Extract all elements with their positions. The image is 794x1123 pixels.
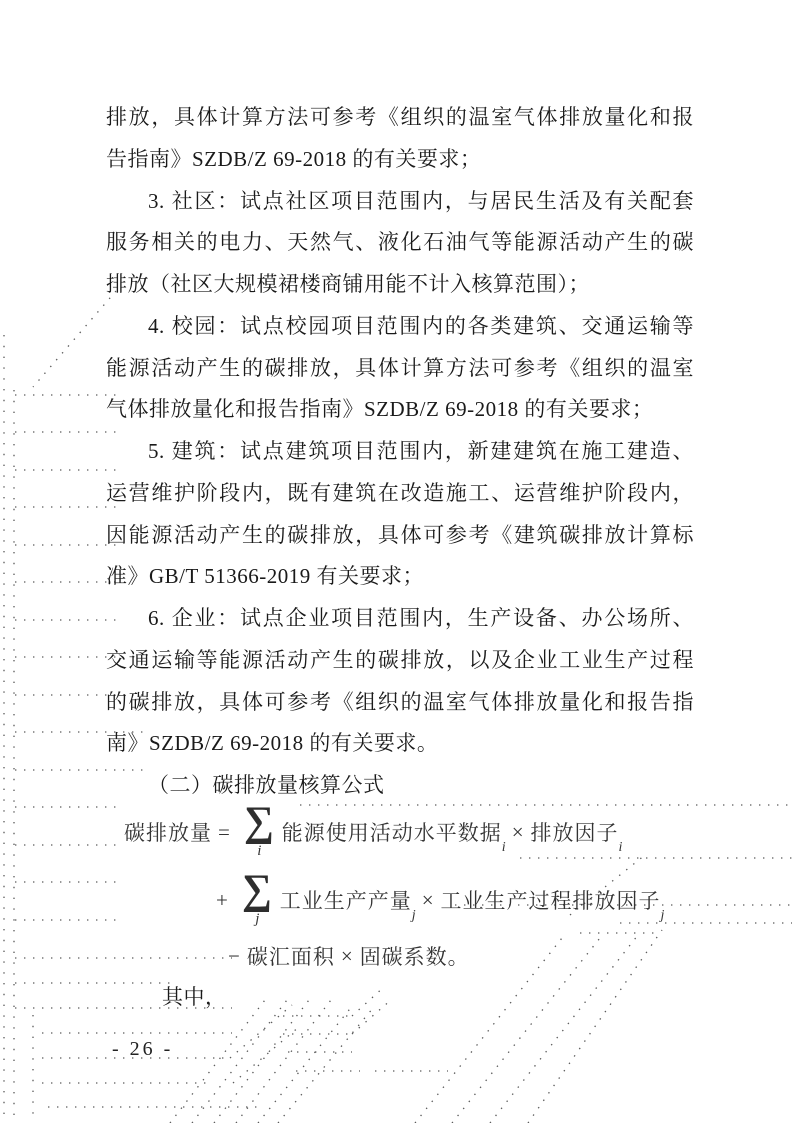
body-line: 准》GB/T 51366-2019 有关要求； — [106, 556, 694, 598]
formula-line-2: + ∑ j 工业生产产量j × 工业生产过程排放因子j — [210, 865, 664, 935]
minus-sign: − — [228, 944, 241, 969]
body-line: 排放（社区大规模裙楼商铺用能不计入核算范围）； — [106, 264, 694, 306]
body-line: 5. 建筑：试点建筑项目范围内，新建建筑在施工建造、 — [106, 431, 694, 473]
formula-factor: 固碳系数。 — [360, 941, 470, 971]
times-sign: × — [341, 944, 354, 969]
formula-line-1: 碳排放量 = ∑ i 能源使用活动水平数据i × 排放因子i — [124, 797, 622, 867]
body-line: 运营维护阶段内，既有建筑在改造施工、运营维护阶段内， — [106, 473, 694, 515]
formula-term: 碳汇面积 — [247, 941, 335, 971]
formula-factor: 排放因子i — [531, 817, 623, 847]
formula-lhs: 碳排放量 — [124, 817, 212, 847]
body-line: 3. 社区：试点社区项目范围内，与居民生活及有关配套 — [106, 181, 694, 223]
body-line: 4. 校园：试点校园项目范围内的各类建筑、交通运输等 — [106, 306, 694, 348]
sigma-symbol: ∑ — [244, 805, 275, 841]
body-line: 6. 企业：试点企业项目范围内，生产设备、办公场所、 — [106, 598, 694, 640]
plus-sign: + — [216, 888, 229, 913]
sigma-symbol: ∑ — [242, 873, 273, 909]
body-line: 能源活动产生的碳排放，具体计算方法可参考《组织的温室 — [106, 348, 694, 390]
body-line: 气体排放量化和报告指南》SZDB/Z 69-2018 的有关要求； — [106, 389, 694, 431]
body-line: 服务相关的电力、天然气、液化石油气等能源活动产生的碳 — [106, 222, 694, 264]
sum-over-i: ∑ i — [244, 805, 275, 859]
formula-term: 能源使用活动水平数据i — [282, 817, 506, 847]
times-sign: × — [512, 820, 525, 845]
sigma-index: i — [257, 844, 261, 859]
where-label: 其中， — [162, 981, 227, 1011]
sigma-index: j — [255, 912, 259, 927]
formula-line-3: − 碳汇面积 × 固碳系数。 — [222, 941, 470, 971]
formula-factor: 工业生产过程排放因子j — [441, 885, 665, 915]
page-number: - 26 - — [112, 1038, 173, 1061]
document-page: 排放，具体计算方法可参考《组织的温室气体排放量化和报告指南》SZDB/Z 69-… — [0, 0, 794, 1123]
body-line: 告指南》SZDB/Z 69-2018 的有关要求； — [106, 139, 694, 181]
body-line: 排放，具体计算方法可参考《组织的温室气体排放量化和报 — [106, 97, 694, 139]
formula-term: 工业生产产量j — [280, 885, 416, 915]
equals-sign: = — [218, 820, 231, 845]
body-line: 的碳排放，具体可参考《组织的温室气体排放量化和报告指 — [106, 682, 694, 724]
times-sign: × — [422, 888, 435, 913]
body-line: 因能源活动产生的碳排放，具体可参考《建筑碳排放计算标 — [106, 515, 694, 557]
sum-over-j: ∑ j — [242, 873, 273, 927]
body-line: 交通运输等能源活动产生的碳排放，以及企业工业生产过程 — [106, 640, 694, 682]
body-text: 排放，具体计算方法可参考《组织的温室气体排放量化和报告指南》SZDB/Z 69-… — [106, 97, 694, 807]
body-line: 南》SZDB/Z 69-2018 的有关要求。 — [106, 723, 694, 765]
